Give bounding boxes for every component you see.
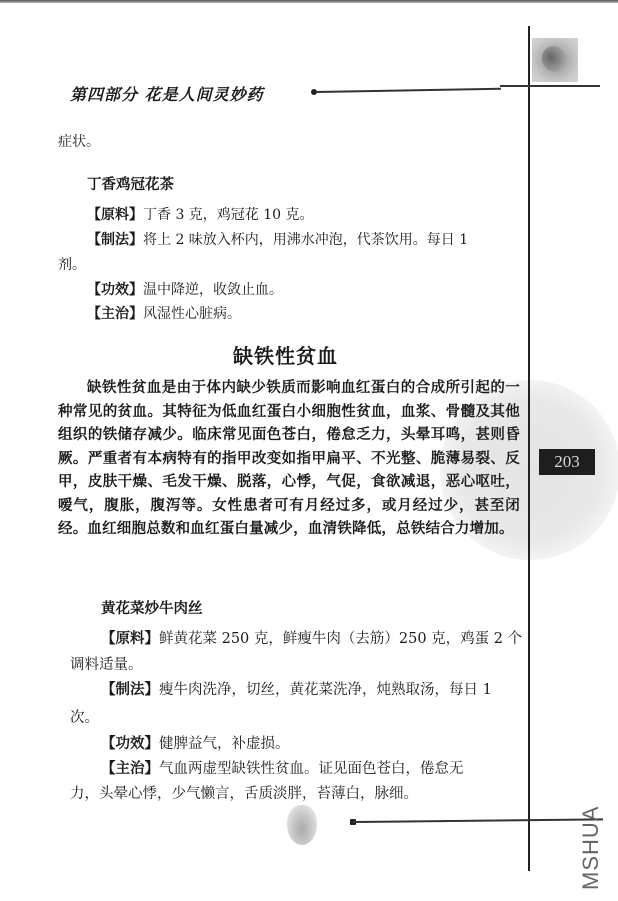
- indication-text: 风湿性心脏病。: [143, 306, 241, 322]
- watermark: MSHUA: [578, 806, 604, 890]
- page-number: 203: [539, 449, 595, 475]
- method-text: 瘦牛肉洗净，切丝，黄花菜洗净，炖熟取汤，每日 1: [159, 682, 492, 698]
- recipe2-ingredients: 【原料】鲜黄花菜 250 克，鲜瘦牛肉（去筋）250 克，鸡蛋 2 个: [101, 630, 522, 648]
- ingredients-text: 鲜黄花菜 250 克，鲜瘦牛肉（去筋）250 克，鸡蛋 2 个: [159, 631, 522, 647]
- effect-label: 【功效】: [87, 282, 143, 298]
- ingredients-label: 【原料】: [87, 207, 143, 223]
- recipe1-method-cont: 剂。: [58, 256, 86, 274]
- page-top-border: [0, 0, 618, 3]
- footer-leaf-ornament-icon: [287, 805, 317, 845]
- recipe2-method-cont: 次。: [70, 709, 99, 727]
- recipe2-indication: 【主治】气血两虚型缺铁性贫血。证见面色苍白，倦怠无: [101, 760, 464, 778]
- corner-ornament-icon: [532, 38, 578, 82]
- margin-vertical-rule: [528, 26, 530, 871]
- recipe2-indication-cont: 力，头晕心悸，少气懒言，舌质淡胖，苔薄白，脉细。: [70, 785, 418, 803]
- recipe1-indication: 【主治】风湿性心脏病。: [87, 305, 241, 323]
- continuation-text: 症状。: [58, 133, 100, 151]
- footer-rule: [353, 818, 603, 822]
- effect-label: 【功效】: [101, 736, 159, 752]
- effect-text: 健脾益气，补虚损。: [159, 736, 290, 752]
- recipe-title-2: 黄花菜炒牛肉丝: [101, 597, 203, 618]
- recipe-title-1: 丁香鸡冠花茶: [87, 173, 174, 194]
- method-label: 【制法】: [87, 232, 143, 248]
- section-description: 缺铁性贫血是由于体内缺少铁质而影响血红蛋白的合成所引起的一种常见的贫血。其特征为…: [58, 376, 520, 541]
- indication-label: 【主治】: [87, 306, 143, 322]
- recipe2-ingredients-cont: 调料适量。: [70, 656, 143, 674]
- ingredients-text: 丁香 3 克，鸡冠花 10 克。: [143, 207, 314, 223]
- indication-label: 【主治】: [101, 761, 159, 777]
- section-title: 缺铁性贫血: [233, 340, 338, 369]
- method-text: 将上 2 味放入杯内，用沸水冲泡，代茶饮用。每日 1: [143, 232, 468, 248]
- recipe2-method: 【制法】瘦牛肉洗净，切丝，黄花菜洗净，炖熟取汤，每日 1: [101, 681, 492, 699]
- indication-text: 气血两虚型缺铁性贫血。证见面色苍白，倦怠无: [159, 761, 464, 777]
- recipe2-effect: 【功效】健脾益气，补虚损。: [101, 735, 290, 753]
- header-rule: [316, 88, 501, 93]
- recipe1-method: 【制法】将上 2 味放入杯内，用沸水冲泡，代茶饮用。每日 1: [87, 231, 468, 249]
- recipe1-effect: 【功效】温中降逆，收敛止血。: [87, 281, 283, 299]
- method-label: 【制法】: [101, 682, 159, 698]
- effect-text: 温中降逆，收敛止血。: [143, 282, 283, 298]
- header-rule-extension: [500, 85, 600, 87]
- ingredients-label: 【原料】: [101, 631, 159, 647]
- recipe1-ingredients: 【原料】丁香 3 克，鸡冠花 10 克。: [87, 206, 314, 224]
- running-header: 第四部分 花是人间灵妙药: [70, 82, 264, 105]
